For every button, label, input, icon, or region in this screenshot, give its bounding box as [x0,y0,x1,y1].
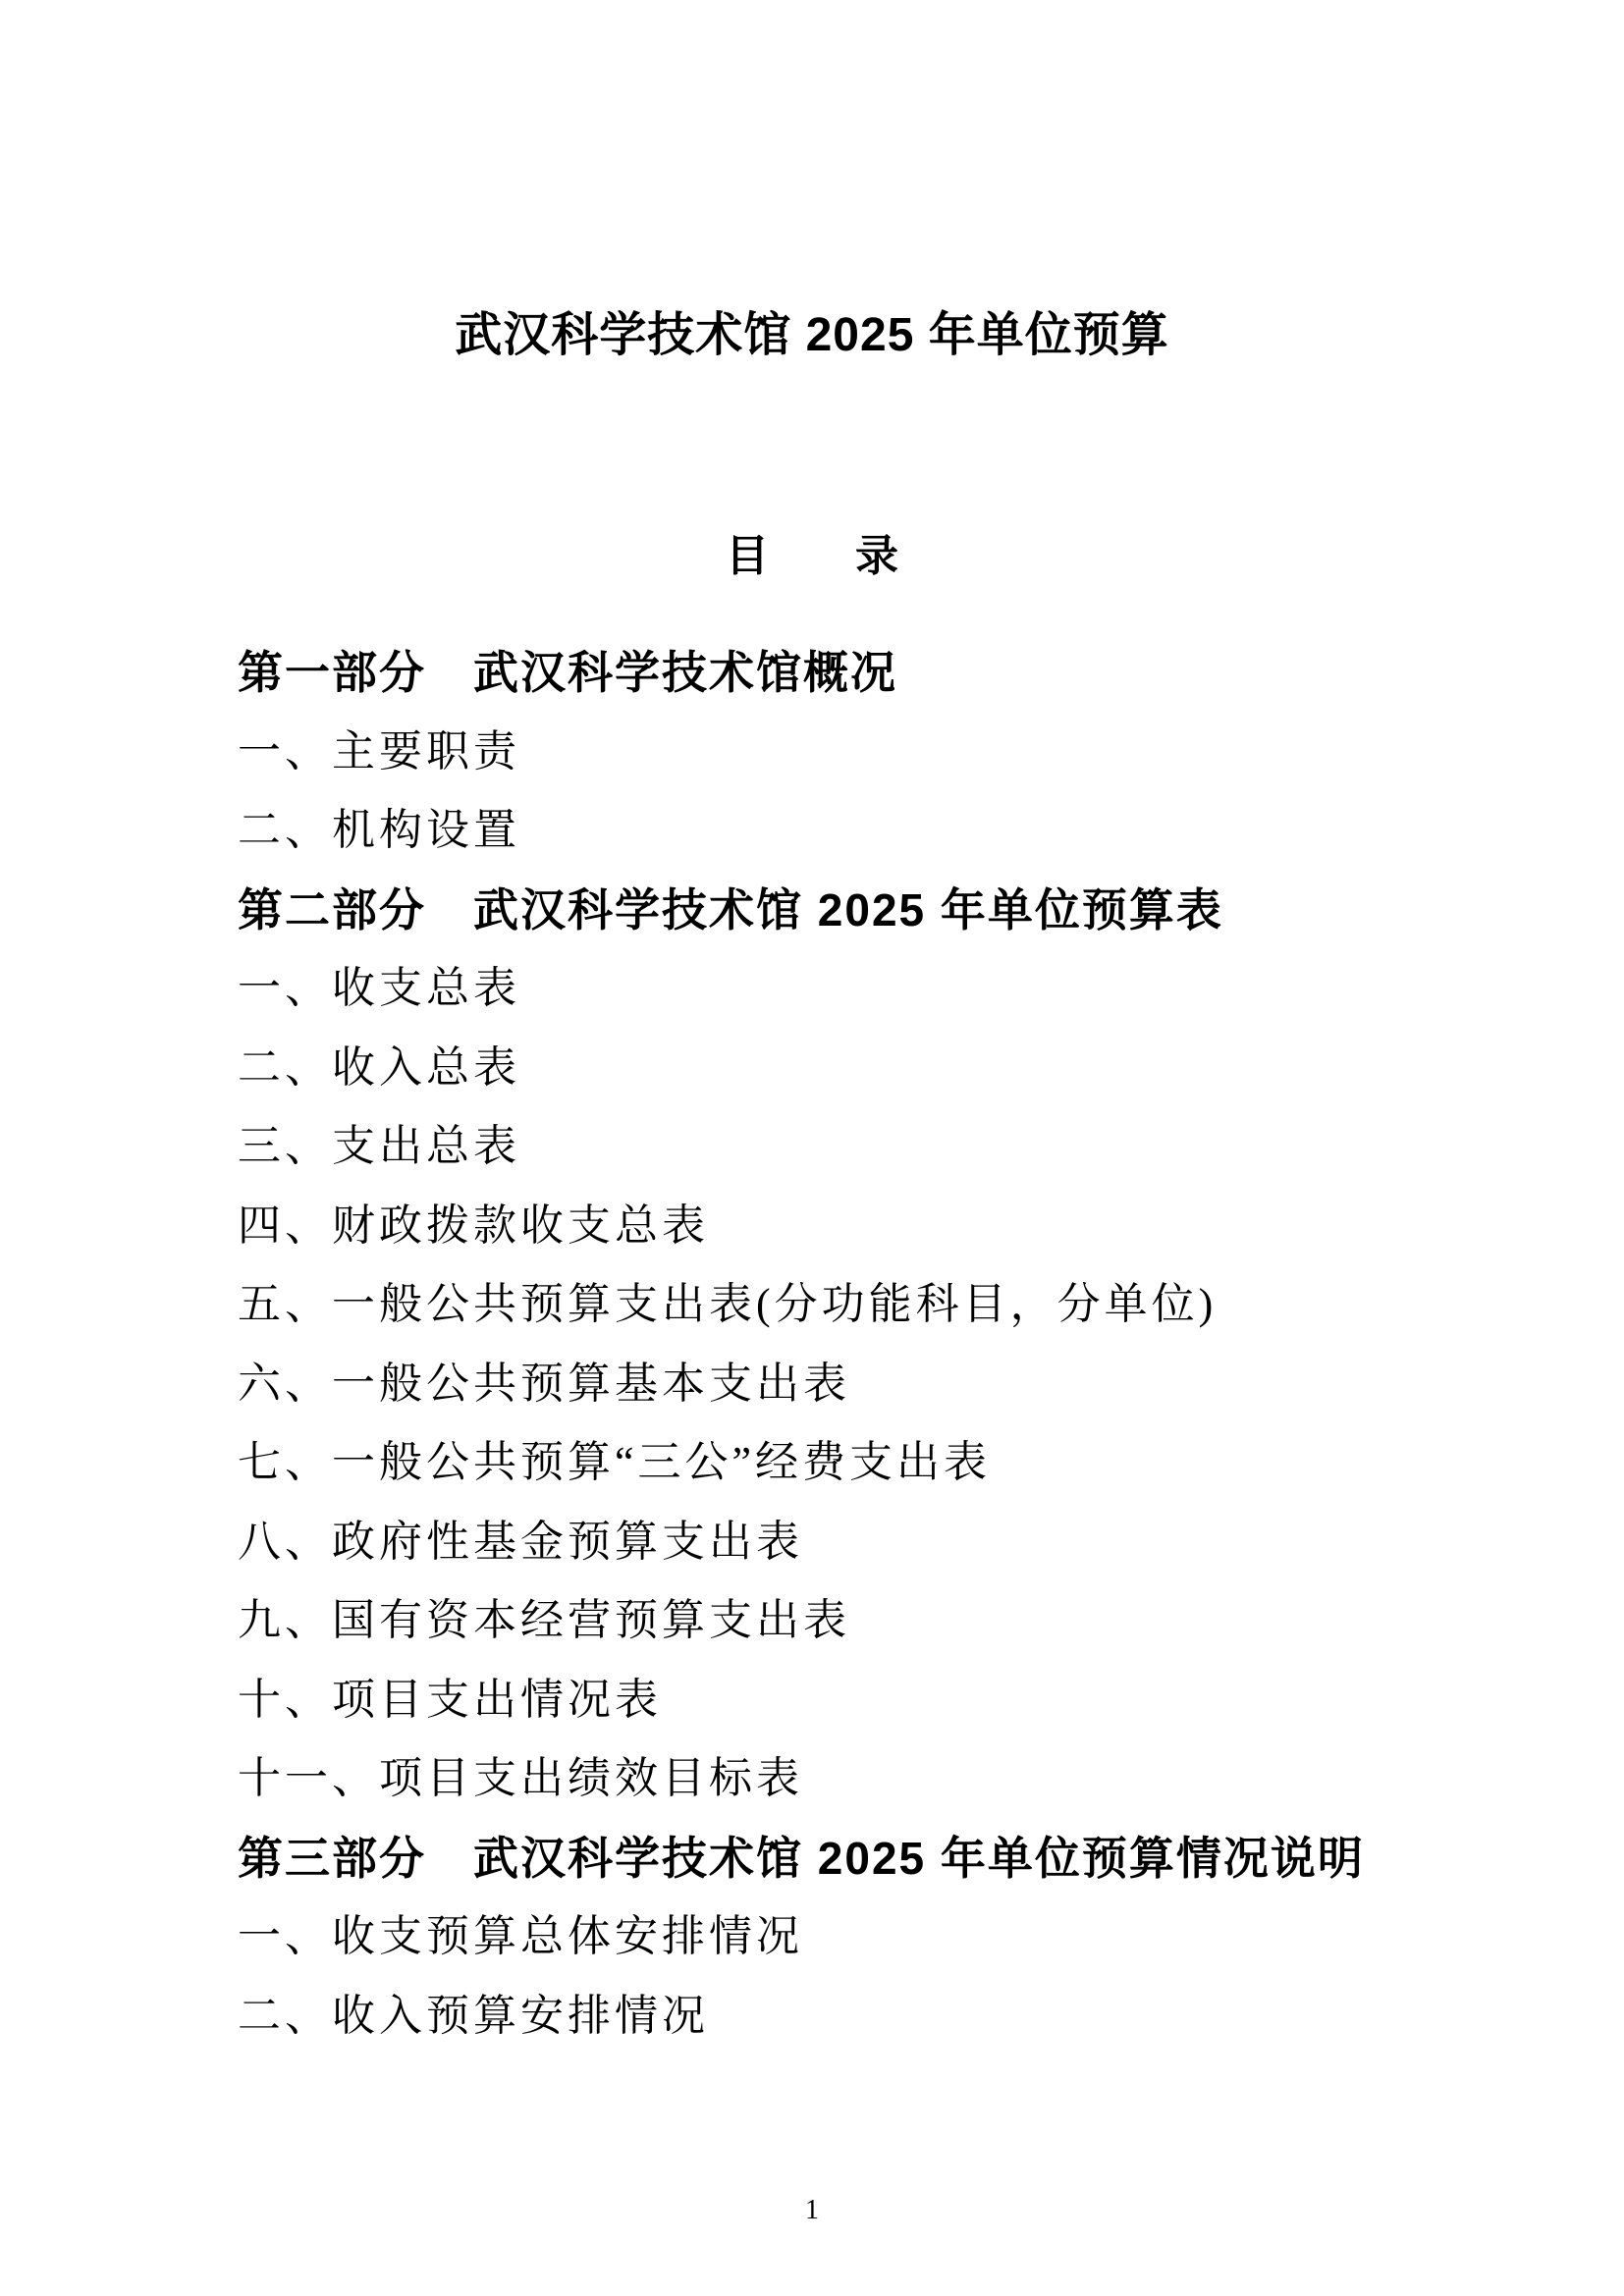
toc-item: 六、一般公共预算基本支出表 [238,1345,1545,1424]
toc-item: 三、支出总表 [238,1107,1545,1187]
toc-item: 七、一般公共预算“三公”经费支出表 [238,1423,1545,1503]
document-title: 武汉科学技术馆 2025 年单位预算 [0,312,1624,359]
page-number: 1 [0,2197,1624,2224]
toc-item: 十一、项目支出绩效目标表 [238,1739,1545,1819]
toc-item: 九、国有资本经营预算支出表 [238,1581,1545,1661]
toc-item: 二、收入总表 [238,1029,1545,1108]
toc-item: 二、收入预算安排情况 [238,1977,1545,2056]
toc-item: 二、机构设置 [238,791,1545,871]
toc-part-heading: 第三部分 武汉科学技术馆 2025 年单位预算情况说明 [238,1819,1545,1898]
toc-item: 四、财政拨款收支总表 [238,1187,1545,1266]
toc-part-heading: 第一部分 武汉科学技术馆概况 [238,633,1545,713]
toc-heading: 目 录 [0,535,1624,578]
document-page: 武汉科学技术馆 2025 年单位预算 目 录 第一部分 武汉科学技术馆概况 一、… [0,0,1624,2296]
toc-item: 一、收支总表 [238,949,1545,1029]
toc-item: 八、政府性基金预算支出表 [238,1503,1545,1582]
toc-item: 五、一般公共预算支出表(分功能科目，分单位) [238,1265,1545,1345]
table-of-contents: 第一部分 武汉科学技术馆概况 一、主要职责 二、机构设置 第二部分 武汉科学技术… [238,633,1545,2056]
toc-item: 一、收支预算总体安排情况 [238,1897,1545,1977]
toc-item: 一、主要职责 [238,713,1545,792]
toc-part-heading: 第二部分 武汉科学技术馆 2025 年单位预算表 [238,871,1545,950]
toc-item: 十、项目支出情况表 [238,1661,1545,1740]
